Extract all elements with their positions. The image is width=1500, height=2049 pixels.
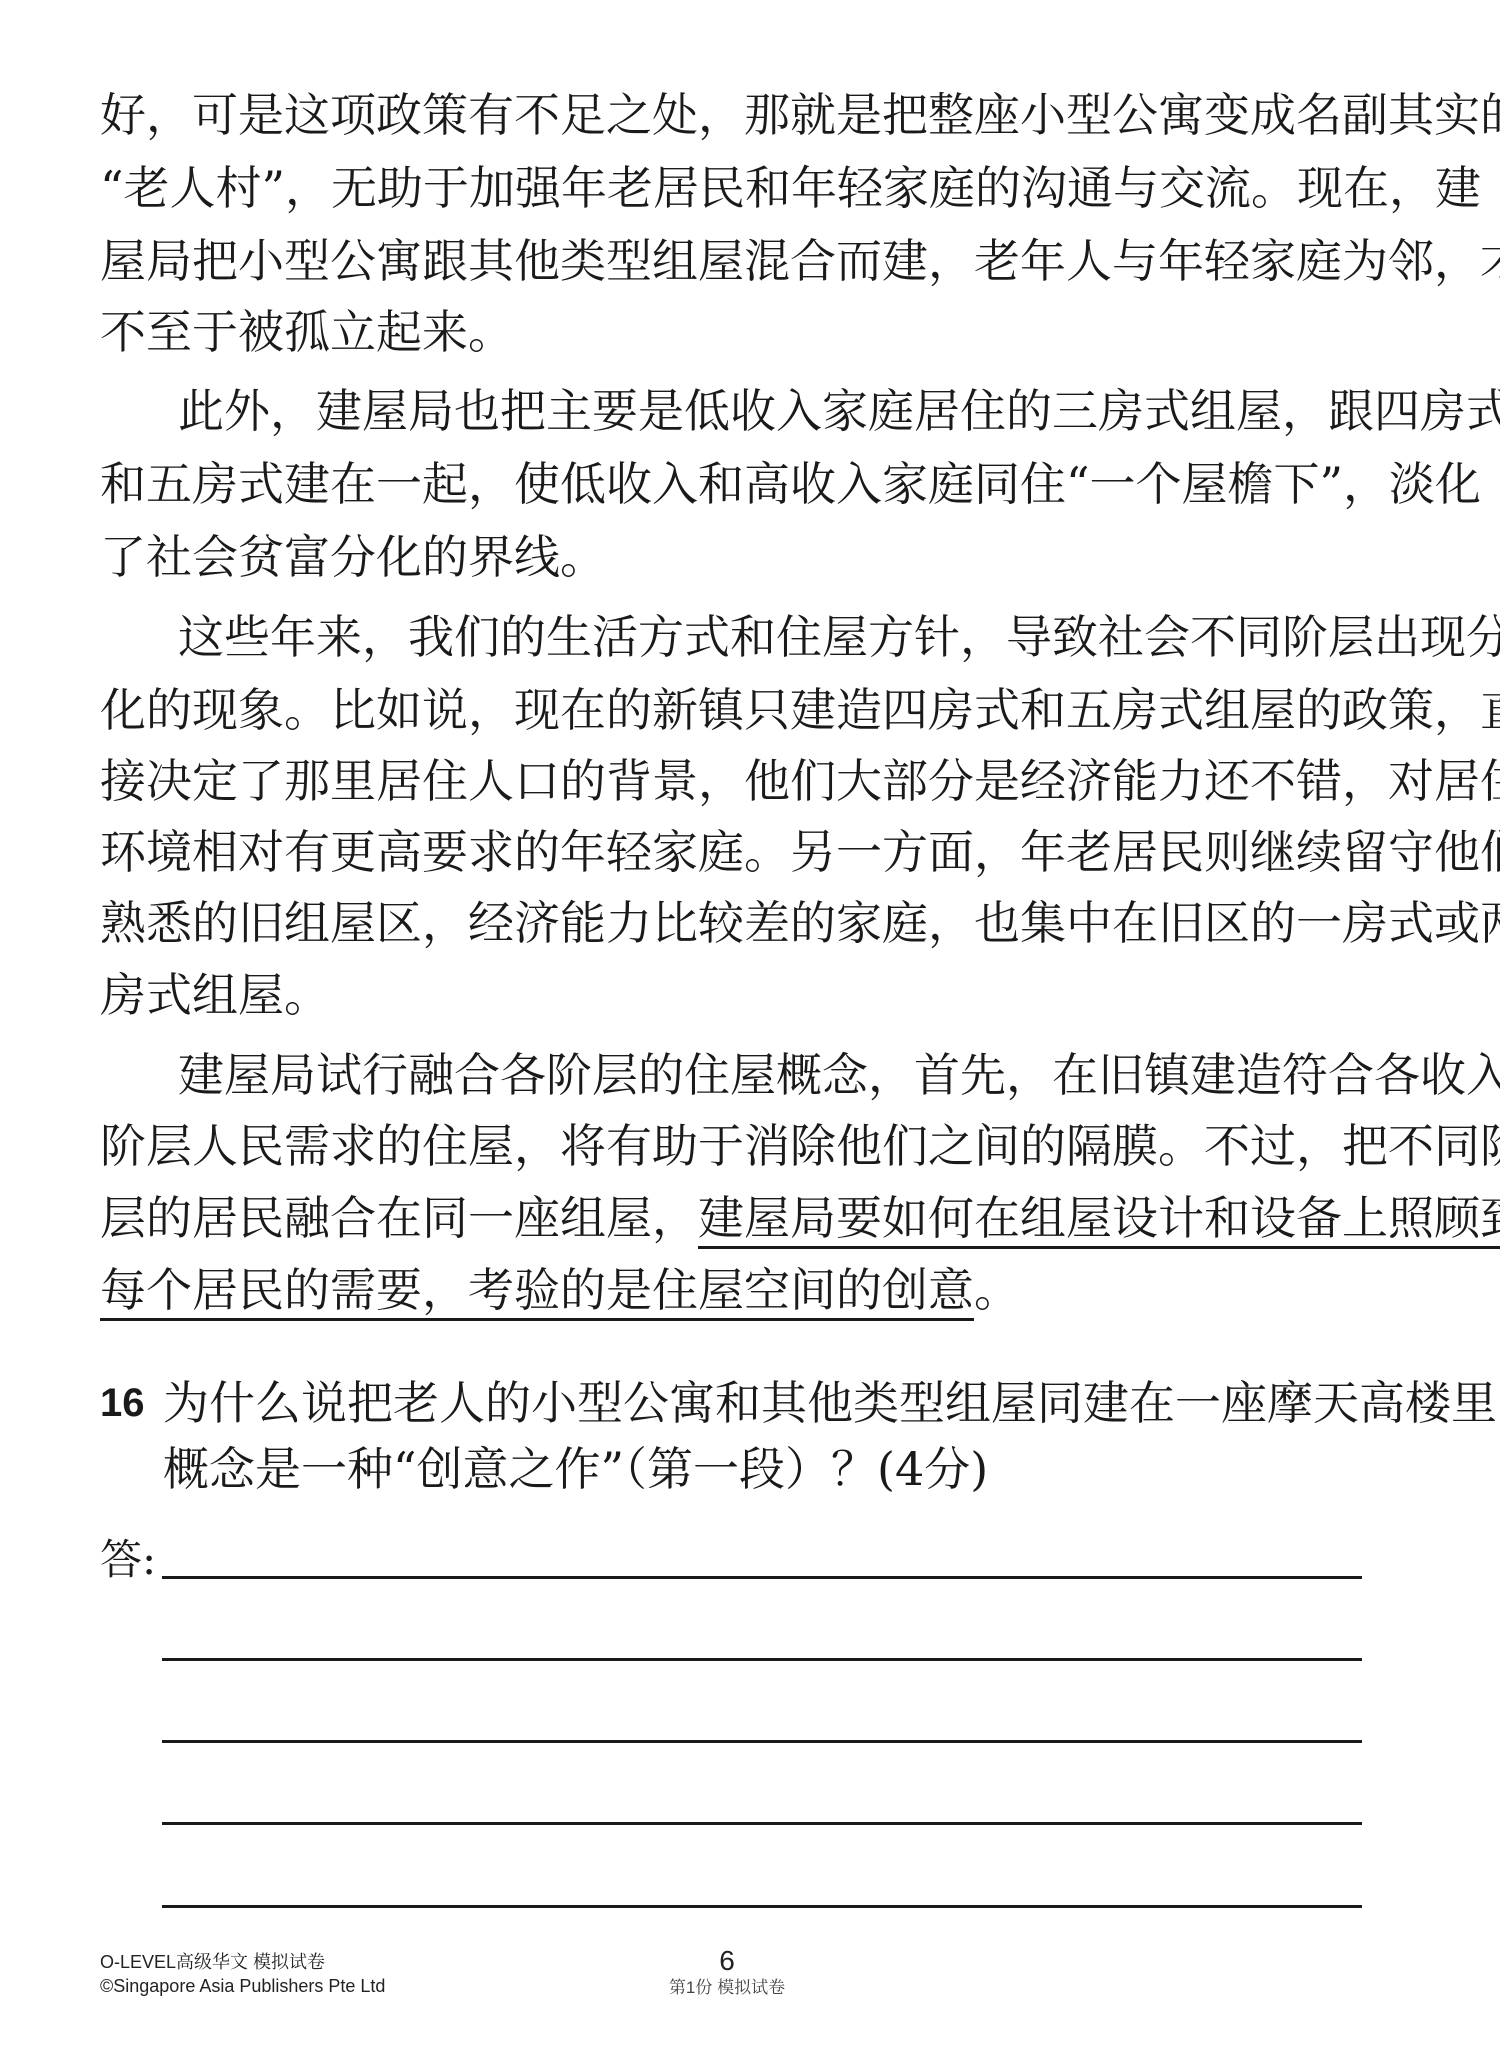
passage-line: 化的现象。比如说，现在的新镇只建造四房式和五房式组屋的政策，直: [100, 674, 1362, 746]
passage-line: 此外，建屋局也把主要是低收入家庭居住的三房式组屋，跟四房式: [100, 375, 1362, 447]
passage-text: 层的居民融合在同一座组屋，: [100, 1191, 698, 1245]
passage-line: 房式组屋。: [100, 959, 1362, 1031]
answer-line[interactable]: [162, 1905, 1362, 1908]
exam-page: 好，可是这项政策有不足之处，那就是把整座小型公寓变成名副其实的 “老人村”，无助…: [0, 0, 1500, 2049]
answer-line[interactable]: [162, 1740, 1362, 1743]
passage-line: 建屋局试行融合各阶层的住屋概念，首先，在旧镇建造符合各收入: [100, 1039, 1362, 1111]
passage-line: 不至于被孤立起来。: [100, 296, 1362, 368]
question-number: 16: [100, 1367, 145, 1439]
footer-publisher: O-LEVEL高级华文 模拟试卷 ©Singapore Asia Publish…: [100, 1950, 385, 1998]
passage-line: 熟悉的旧组屋区，经济能力比较差的家庭，也集中在旧区的一房式或两: [100, 887, 1362, 959]
answer-line[interactable]: [162, 1822, 1362, 1825]
footer-page-info: 6 第1份 模拟试卷: [627, 1945, 827, 1999]
footer-book-title: O-LEVEL高级华文 模拟试卷: [100, 1950, 385, 1974]
passage-line: 了社会贫富分化的界线。: [100, 521, 1362, 593]
passage-line: 环境相对有更高要求的年轻家庭。另一方面，年老居民则继续留守他们: [100, 816, 1362, 888]
underlined-passage-text: 每个居民的需要，考验的是住屋空间的创意: [100, 1263, 974, 1317]
passage-line: 每个居民的需要，考验的是住屋空间的创意。: [100, 1254, 1362, 1326]
answer-line[interactable]: [162, 1658, 1362, 1661]
passage-line: 层的居民融合在同一座组屋，建屋局要如何在组屋设计和设备上照顾到: [100, 1182, 1362, 1254]
passage-line: 接决定了那里居住人口的背景，他们大部分是经济能力还不错，对居住: [100, 745, 1362, 817]
passage-line: “老人村”，无助于加强年老居民和年轻家庭的沟通与交流。现在，建: [100, 152, 1362, 224]
passage-line: 屋局把小型公寓跟其他类型组屋混合而建，老年人与年轻家庭为邻，才: [100, 225, 1362, 297]
page-number: 6: [627, 1945, 827, 1977]
passage-line: 好，可是这项政策有不足之处，那就是把整座小型公寓变成名副其实的: [100, 79, 1362, 151]
passage-text: 。: [974, 1263, 1020, 1317]
passage-line: 阶层人民需求的住屋，将有助于消除他们之间的隔膜。不过，把不同阶: [100, 1110, 1362, 1182]
question-text-line: 概念是一种“创意之作”（第一段）？(4分): [163, 1433, 1362, 1505]
underlined-passage-text: 建屋局要如何在组屋设计和设备上照顾到: [698, 1191, 1500, 1245]
answer-label: 答:: [100, 1530, 156, 1590]
paper-label: 第1份 模拟试卷: [627, 1977, 827, 1999]
passage-line: 和五房式建在一起，使低收入和高收入家庭同住“一个屋檐下”，淡化: [100, 448, 1362, 520]
answer-line[interactable]: [162, 1576, 1362, 1579]
question-text-line: 为什么说把老人的小型公寓和其他类型组屋同建在一座摩天高楼里的: [163, 1367, 1362, 1439]
footer-copyright: ©Singapore Asia Publishers Pte Ltd: [100, 1974, 385, 1998]
passage-line: 这些年来，我们的生活方式和住屋方针，导致社会不同阶层出现分: [100, 601, 1362, 673]
